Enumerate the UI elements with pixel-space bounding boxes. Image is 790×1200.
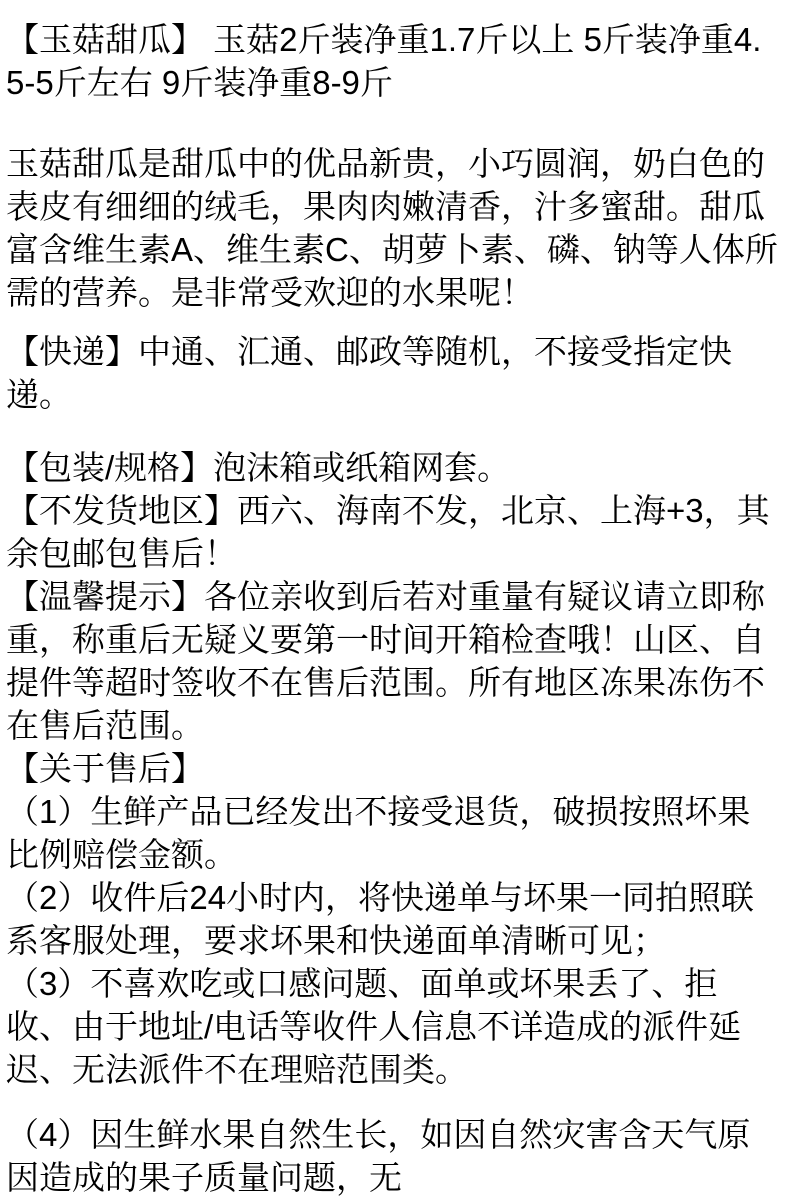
- after-sales-heading: 【关于售后】: [6, 747, 780, 790]
- after-sales-clause-4: （4）因生鲜水果自然生长，如因自然灾害含天气原 因造成的果子质量问题，无: [6, 1113, 780, 1199]
- paragraph-express-info: 【快递】中通、汇通、邮政等随机，不接受指定快 递。: [6, 330, 780, 416]
- product-description-page: 【玉菇甜瓜】 玉菇2斤装净重1.7斤以上 5斤装净重4. 5-5斤左右 9斤装净…: [0, 0, 790, 1200]
- after-sales-clause-2: （2）收件后24小时内，将快递单与坏果一同拍照联 系客服处理，要求坏果和快递面单…: [6, 876, 780, 962]
- paragraph-product-intro: 玉菇甜瓜是甜瓜中的优品新贵，小巧圆润，奶白色的 表皮有细细的绒毛，果肉肉嫩清香，…: [6, 142, 780, 314]
- paragraph-no-ship-regions: 【不发货地区】西六、海南不发，北京、上海+3，其 余包邮包售后！: [6, 489, 780, 575]
- after-sales-clause-3: （3）不喜欢吃或口感问题、面单或坏果丢了、拒 收、由于地址/电话等收件人信息不详…: [6, 962, 780, 1091]
- after-sales-clause-1: （1）生鲜产品已经发出不接受退货，破损按照坏果 比例赔偿金额。: [6, 790, 780, 876]
- paragraph-packaging-spec: 【包装/规格】泡沫箱或纸箱网套。: [6, 446, 780, 489]
- paragraph-warm-tips: 【温馨提示】各位亲收到后若对重量有疑议请立即称 重，称重后无疑义要第一时间开箱检…: [6, 575, 780, 747]
- paragraph-title-spec: 【玉菇甜瓜】 玉菇2斤装净重1.7斤以上 5斤装净重4. 5-5斤左右 9斤装净…: [6, 18, 780, 104]
